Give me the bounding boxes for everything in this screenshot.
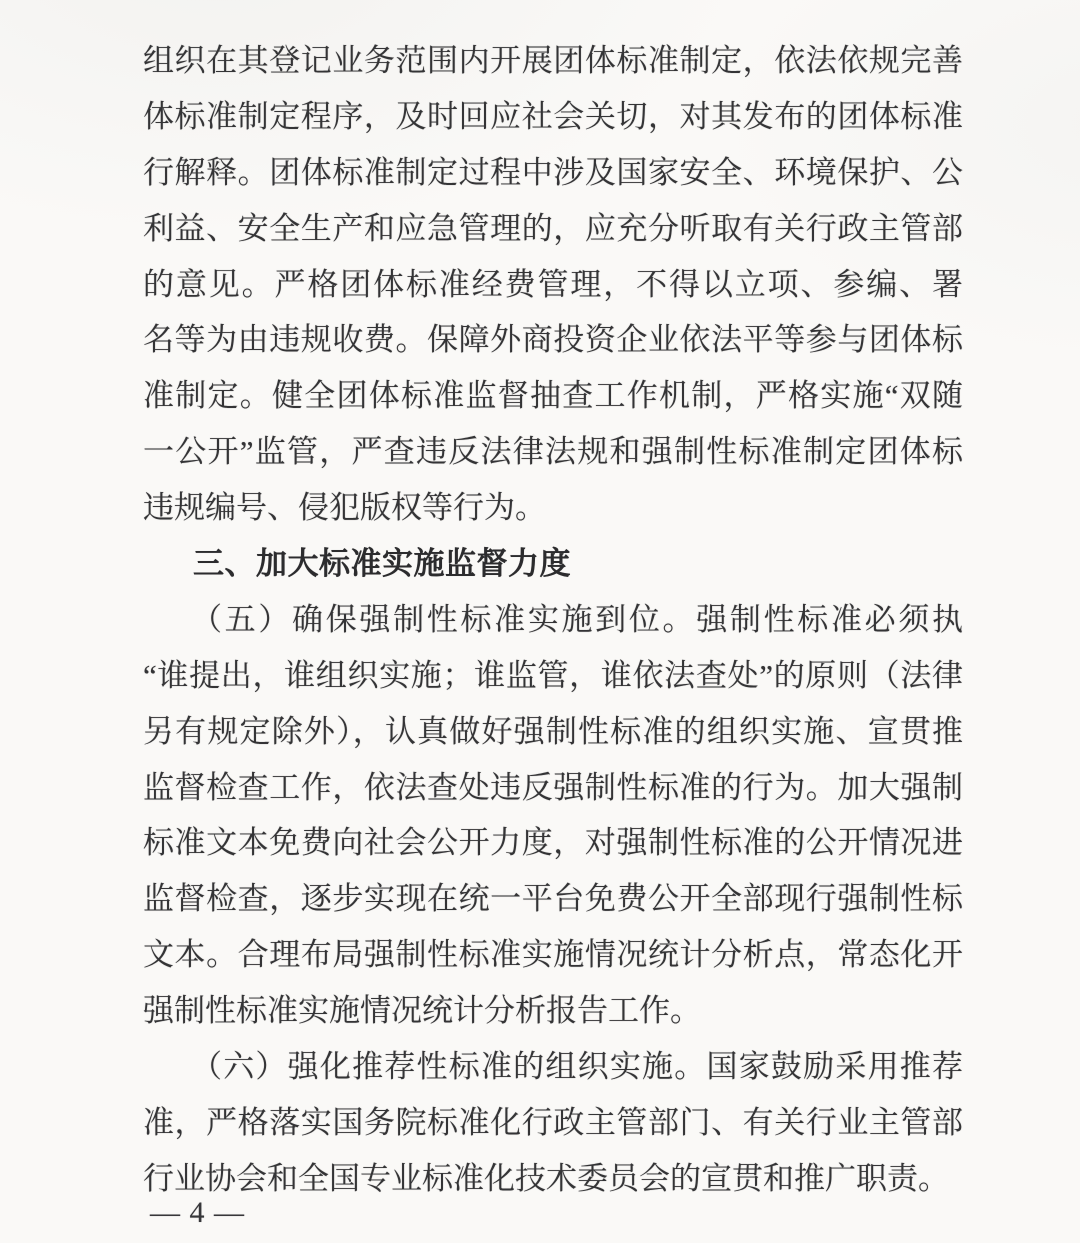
section-heading-3: 三、加大标准实施监督力度 — [143, 536, 963, 592]
page-number: — 4 — — [150, 1194, 245, 1232]
document-body: 组织在其登记业务范围内开展团体标准制定，依法依规完善团体标准制定程序，及时回应社… — [143, 33, 963, 1207]
text-line: 另有规定除外），认真做好强制性标准的组织实施、宣贯推广和 — [143, 704, 963, 760]
text-line: 监督检查工作，依法查处违反强制性标准的行为。加大强制性 — [143, 760, 963, 816]
text-line: 一公开”监管，严查违反法律法规和强制性标准制定团体标准、 — [143, 424, 963, 480]
text-line: 行业协会和全国专业标准化技术委员会的宣贯和推广职责。 — [143, 1151, 963, 1207]
text-line: 标准文本免费向社会公开力度，对强制性标准的公开情况进行 — [143, 815, 963, 871]
text-line: 利益、安全生产和应急管理的，应充分听取有关行政主管部门 — [143, 201, 963, 257]
text-line: 违规编号、侵犯版权等行为。 — [143, 480, 963, 536]
scanned-document-page: 组织在其登记业务范围内开展团体标准制定，依法依规完善团体标准制定程序，及时回应社… — [0, 0, 1080, 1243]
text-line: 准，严格落实国务院标准化行政主管部门、有关行业主管部门、 — [143, 1095, 963, 1151]
text-line: 的意见。严格团体标准经费管理，不得以立项、参编、署名、排 — [143, 257, 963, 313]
text-line: 名等为由违规收费。保障外商投资企业依法平等参与团体标 — [143, 312, 963, 368]
text-line: 准制定。健全团体标准监督抽查工作机制，严格实施“双随机、 — [143, 368, 963, 424]
text-line: 体标准制定程序，及时回应社会关切，对其发布的团体标准进 — [143, 89, 963, 145]
text-line: 组织在其登记业务范围内开展团体标准制定，依法依规完善团 — [143, 33, 963, 89]
text-line: 监督检查，逐步实现在统一平台免费公开全部现行强制性标准 — [143, 871, 963, 927]
text-line: 强制性标准实施情况统计分析报告工作。 — [143, 983, 963, 1039]
text-line: 文本。合理布局强制性标准实施情况统计分析点，常态化开展 — [143, 927, 963, 983]
text-line: （六）强化推荐性标准的组织实施。国家鼓励采用推荐性标 — [143, 1039, 963, 1095]
text-line: 行解释。团体标准制定过程中涉及国家安全、环境保护、公共 — [143, 145, 963, 201]
text-line: “谁提出，谁组织实施；谁监管，谁依法查处”的原则（法律法规 — [143, 648, 963, 704]
text-line: （五）确保强制性标准实施到位。强制性标准必须执行，按照 — [143, 592, 963, 648]
